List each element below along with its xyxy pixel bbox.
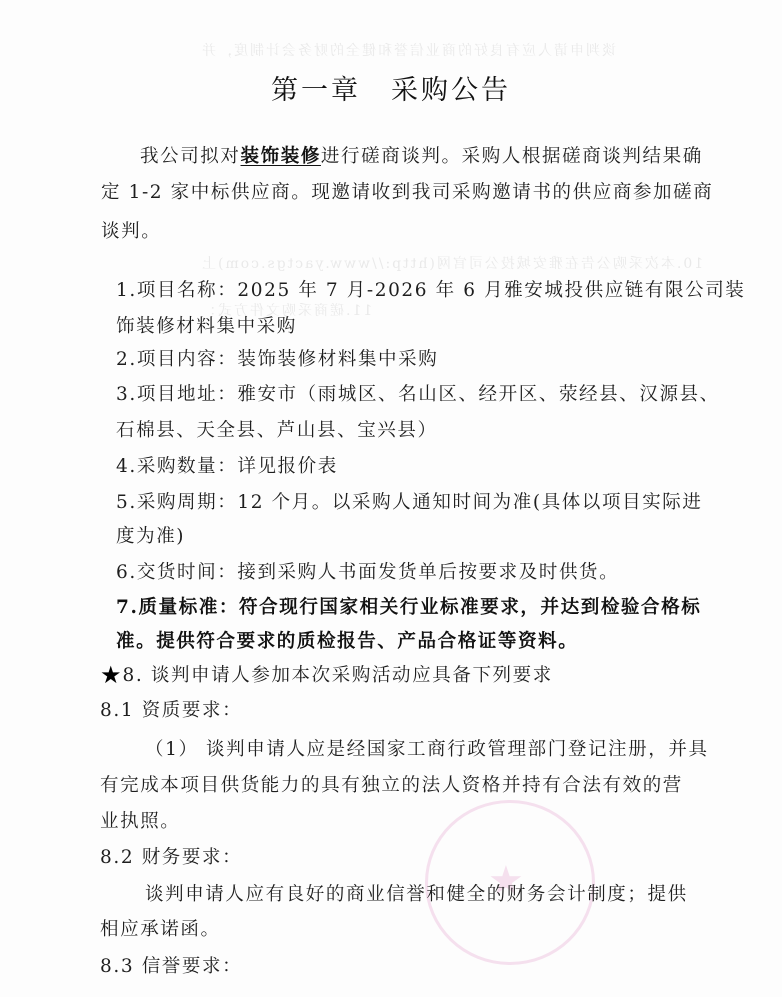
item-3-line-1: 3.项目地址：雅安市（雨城区、名山区、经开区、荥经县、汉源县、 — [116, 383, 720, 407]
item-5-line-1: 5.采购周期：12 个月。以采购人通知时间为准(具体以项目实际进 — [116, 491, 703, 515]
intro-text: 我公司拟对 — [140, 146, 241, 167]
section-8-2-line-2: 相应承诺函。 — [100, 918, 221, 942]
item-4: 4.采购数量：详见报价表 — [116, 455, 338, 479]
bleed-through-text: 谈判申请人应有良好的商业信誉和健全的财务会计制度，并 — [200, 40, 616, 60]
intro-text: 进行磋商谈判。采购人根据磋商谈判结果确 — [321, 146, 703, 167]
item-1-line-1: 1.项目名称：2025 年 7 月-2026 年 6 月雅安城投供应链有限公司装 — [116, 279, 745, 303]
intro-line-2: 定 1-2 家中标供应商。现邀请收到我司采购邀请书的供应商参加磋商 — [101, 181, 713, 205]
section-8-title: 8. 谈判申请人参加本次采购活动应具备下列要求 — [123, 665, 553, 686]
intro-line-1: 我公司拟对装饰装修进行磋商谈判。采购人根据磋商谈判结果确 — [140, 145, 703, 169]
section-8-1-line-2: 有完成本项目供货能力的具有独立的法人资格并持有合法有效的营 — [100, 774, 683, 798]
section-8-1-line-3: 业执照。 — [100, 810, 180, 834]
section-8-1-line-1: （1） 谈判申请人应是经国家工商行政管理部门登记注册，并具 — [145, 738, 709, 762]
chapter-label: 第一章 — [271, 75, 361, 106]
intro-line-3: 谈判。 — [101, 220, 161, 244]
section-8-1-heading: 8.1 资质要求： — [100, 699, 242, 723]
item-6: 6.交货时间：接到采购人书面发货单后按要求及时供货。 — [116, 561, 619, 585]
bleed-through-text: 10.本次采购公告在雅安城投公司官网(http://www.yactgs.com… — [200, 253, 703, 273]
section-8-3-heading: 8.3 信誉要求： — [100, 955, 242, 979]
item-5-line-2: 度为准) — [116, 525, 185, 549]
chapter-heading: 采购公告 — [391, 75, 511, 106]
item-7-line-1: 7.质量标准：符合现行国家相关行业标准要求，并达到检验合格标 — [116, 596, 701, 620]
section-8-2-line-1: 谈判申请人应有良好的商业信誉和健全的财务会计制度；提供 — [145, 883, 688, 907]
item-3-line-2: 石棉县、天全县、芦山县、宝兴县） — [116, 419, 438, 443]
document-page: 谈判申请人应有良好的商业信誉和健全的财务会计制度，并 10.本次采购公告在雅安城… — [0, 0, 782, 997]
page-title: 第一章采购公告 — [0, 68, 782, 107]
section-8-heading: ★8. 谈判申请人参加本次采购活动应具备下列要求 — [100, 663, 553, 688]
procurement-subject: 装饰装修 — [241, 146, 321, 167]
item-1-line-2: 饰装修材料集中采购 — [116, 315, 297, 339]
black-star-icon: ★ — [100, 663, 122, 687]
item-2: 2.项目内容：装饰装修材料集中采购 — [116, 348, 438, 372]
item-7-line-2: 准。提供符合要求的质检报告、产品合格证等资料。 — [116, 630, 578, 654]
section-8-2-heading: 8.2 财务要求： — [100, 846, 242, 870]
